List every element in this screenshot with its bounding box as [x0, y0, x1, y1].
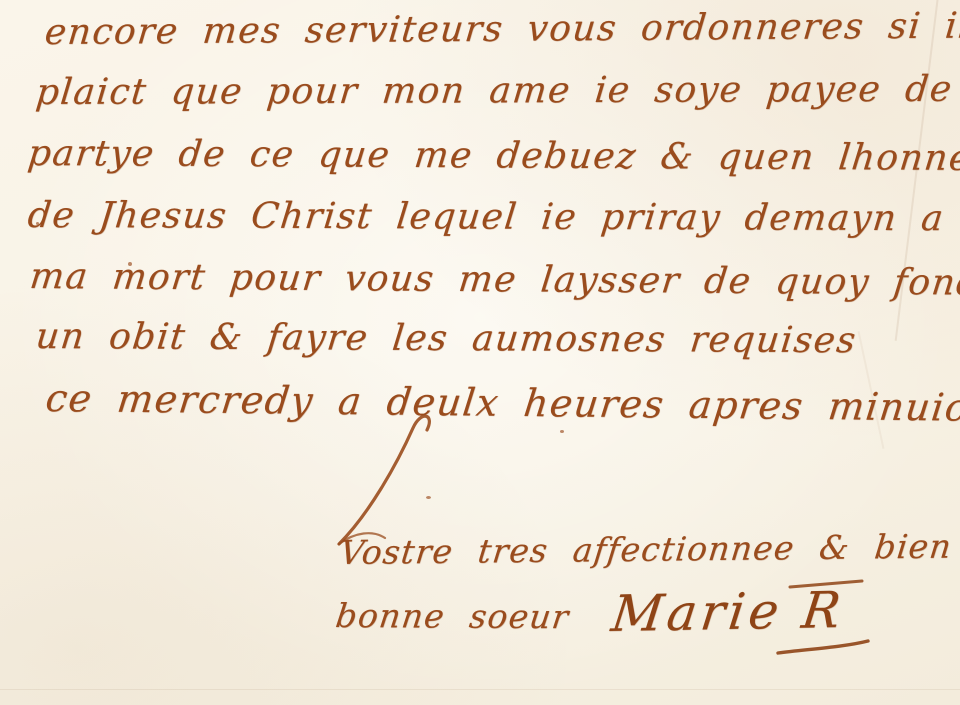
letter-line-4: de Jhesus Christ lequel ie priray demayn…: [26, 195, 947, 239]
ink-speck: [128, 262, 132, 266]
ink-speck: [560, 430, 564, 433]
ink-speck: [426, 496, 431, 499]
letter-line-7: ce mercredy a deulx heures apres minuict: [43, 376, 960, 430]
letter-line-3: partye de ce que me debuez & quen lhonne…: [26, 133, 960, 179]
signature: Marie R: [608, 581, 847, 643]
letter-line-5: ma mort pour vous me laysser de quoy fon…: [28, 256, 960, 304]
letter-line-1: encore mes serviteurs vous ordonneres si…: [43, 5, 960, 53]
letter-line-2: plaict que pour mon ame ie soye payee de: [34, 69, 955, 113]
letter-line-6: un obit & fayre les aumosnes requises: [34, 316, 859, 361]
paper-crease-bottom: [0, 689, 960, 690]
ink-speck: [36, 222, 39, 225]
manuscript-page: encore mes serviteurs vous ordonneres si…: [0, 0, 960, 705]
closing-line-1: Vostre tres affectionnee & bien: [338, 527, 954, 572]
closing-line-2: bonne soeur: [334, 596, 572, 636]
